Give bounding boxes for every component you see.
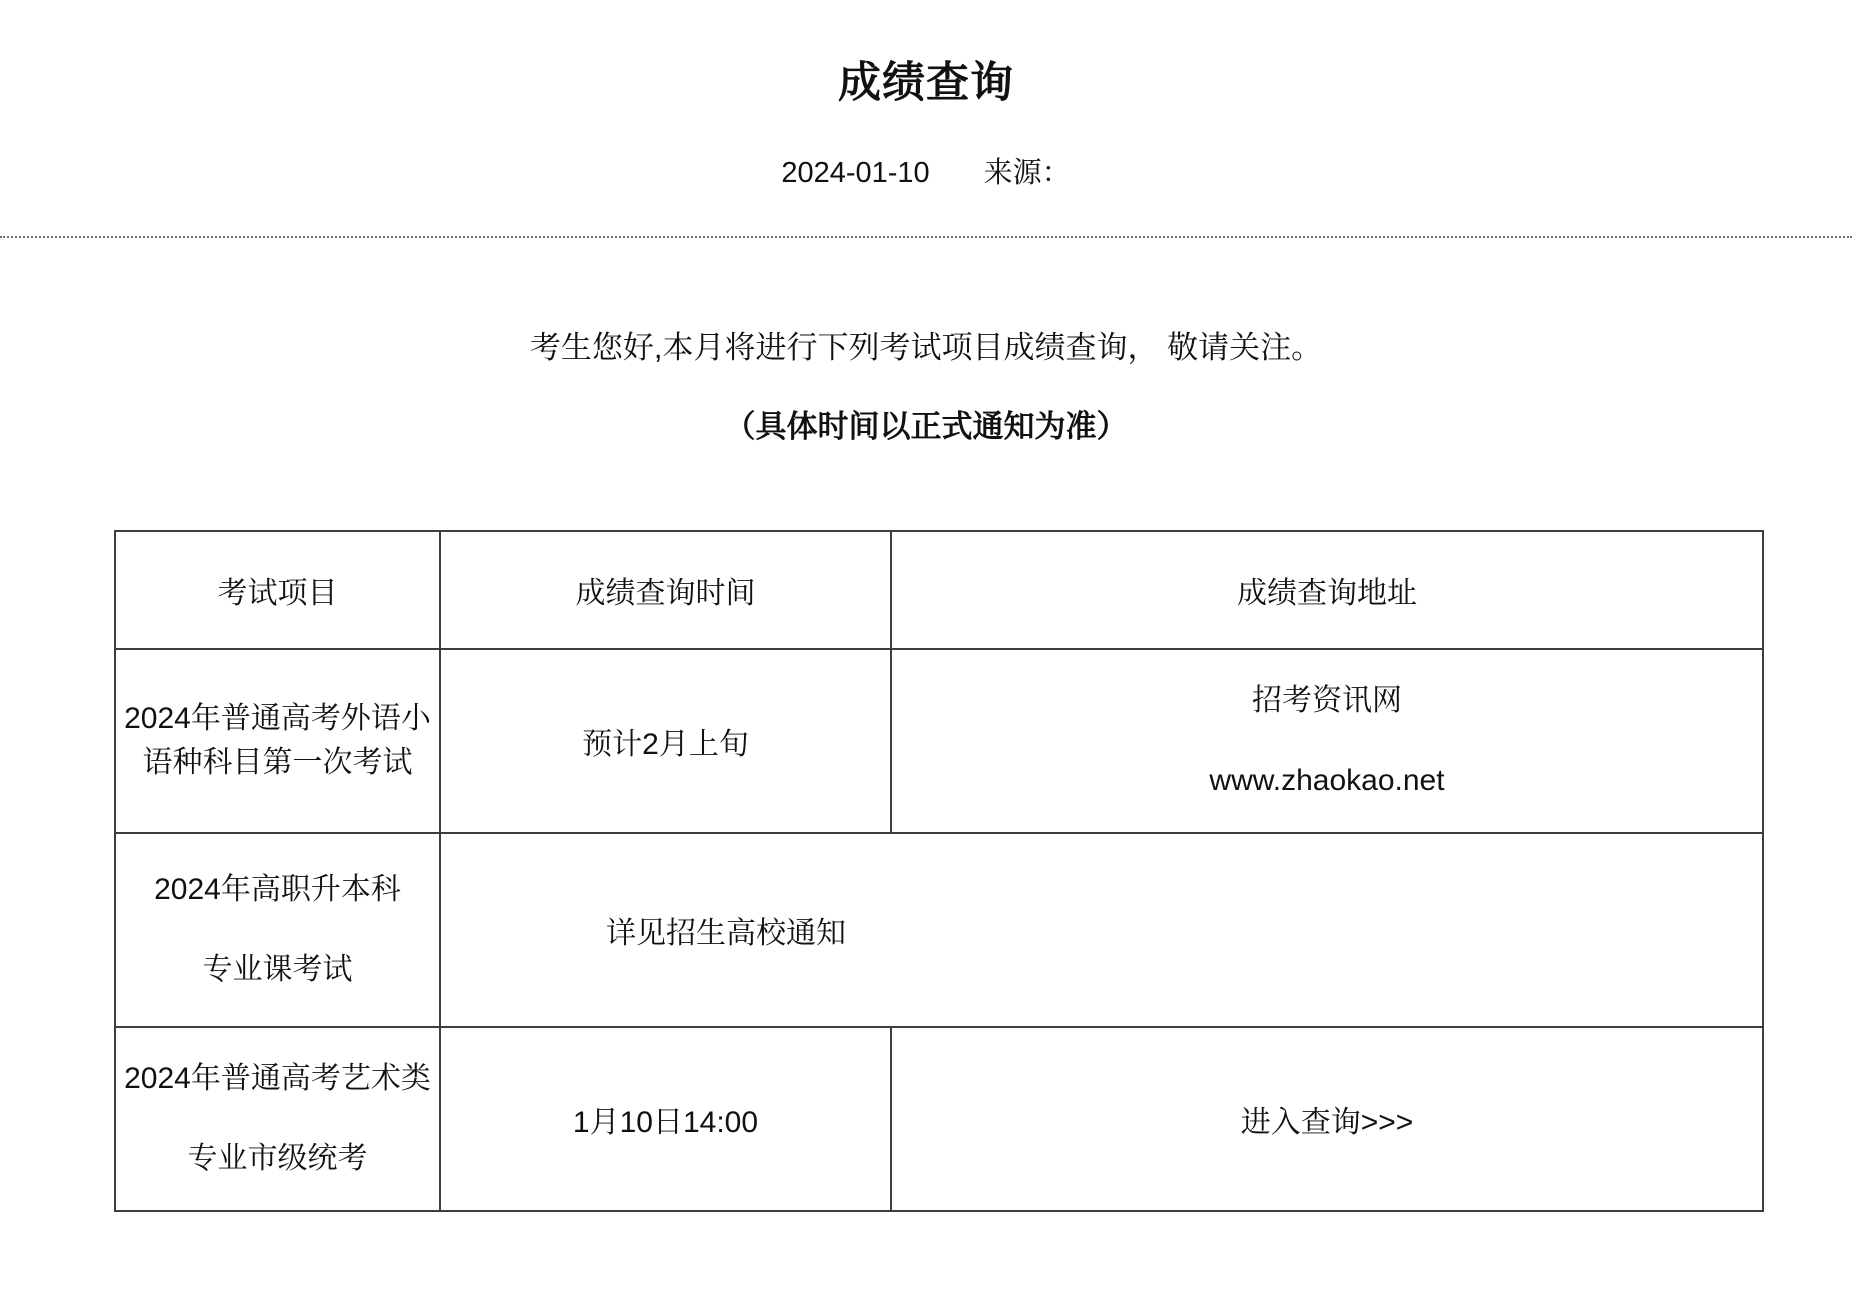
cell-project-art: 2024年普通高考艺术类 专业市级统考 — [115, 1027, 440, 1211]
enter-query-link[interactable]: 进入查询>>> — [1241, 1097, 1414, 1141]
score-query-table: 考试项目 成绩查询时间 成绩查询地址 2024年普通高考外语小 语种科目第一次考… — [114, 530, 1764, 1212]
project-line: 2024年普通高考外语小 — [124, 697, 431, 741]
table-row-foreign-language-exam: 2024年普通高考外语小 语种科目第一次考试 预计2月上旬 招考资讯网 www.… — [115, 649, 1763, 833]
article-meta: 2024-01-10来源： — [0, 150, 1852, 191]
query-time: 预计2月上旬 — [582, 719, 749, 763]
cell-time-vocational-span: 详见招生高校通知 — [440, 833, 1763, 1027]
cell-project-vocational: 2024年高职升本科 专业课考试 — [115, 833, 440, 1027]
table-row-vocational-upgrade-exam: 2024年高职升本科 专业课考试 详见招生高校通知 — [115, 833, 1763, 1027]
project-line: 2024年普通高考艺术类 — [124, 1057, 431, 1101]
dotted-divider — [0, 236, 1852, 238]
cell-time-art: 1月10日14:00 — [440, 1027, 891, 1211]
publish-date: 2024-01-10 — [781, 157, 929, 189]
cell-time-foreign-language: 预计2月上旬 — [440, 649, 891, 833]
column-header-address: 成绩查询地址 — [891, 531, 1763, 649]
header-label-address: 成绩查询地址 — [1237, 568, 1417, 612]
cell-address-foreign-language: 招考资讯网 www.zhaokao.net — [891, 649, 1763, 833]
query-time: 1月10日14:00 — [573, 1097, 758, 1141]
website-name: 招考资讯网 — [1252, 679, 1402, 723]
note-text: （具体时间以正式通知为准） — [0, 406, 1852, 448]
source-label: 来源： — [984, 157, 1071, 189]
column-header-time: 成绩查询时间 — [440, 531, 891, 649]
column-header-project: 考试项目 — [115, 531, 440, 649]
intro-text: 考生您好,本月将进行下列考试项目成绩查询， 敬请关注。 — [0, 327, 1852, 369]
table-header-row: 考试项目 成绩查询时间 成绩查询地址 — [115, 531, 1763, 649]
project-line: 语种科目第一次考试 — [143, 741, 413, 785]
cell-project-foreign-language: 2024年普通高考外语小 语种科目第一次考试 — [115, 649, 440, 833]
table-row-art-exam: 2024年普通高考艺术类 专业市级统考 1月10日14:00 进入查询>>> — [115, 1027, 1763, 1211]
header-label-project: 考试项目 — [218, 568, 338, 612]
project-line: 专业课考试 — [203, 948, 353, 992]
project-line: 专业市级统考 — [188, 1137, 368, 1181]
query-time-note: 详见招生高校通知 — [606, 908, 846, 952]
cell-address-art: 进入查询>>> — [891, 1027, 1763, 1211]
page-title: 成绩查询 — [0, 49, 1852, 110]
score-query-page: 成绩查询 2024-01-10来源： 考生您好,本月将进行下列考试项目成绩查询，… — [0, 0, 1852, 1300]
project-line: 2024年高职升本科 — [154, 868, 401, 912]
website-url-link[interactable]: www.zhaokao.net — [1209, 759, 1444, 803]
header-label-time: 成绩查询时间 — [576, 568, 756, 612]
